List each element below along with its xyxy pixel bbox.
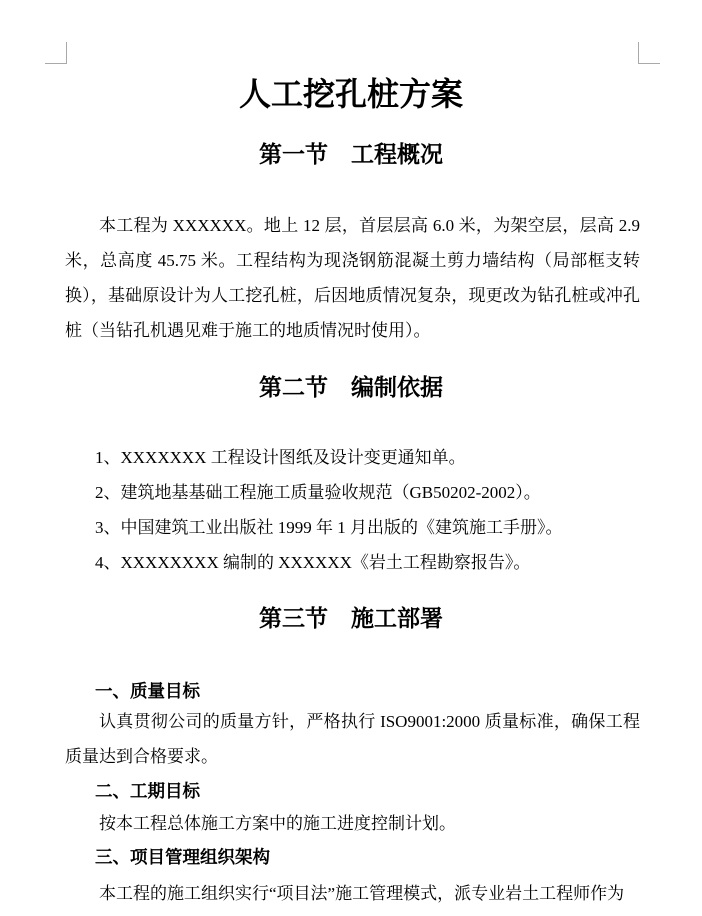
subsection-1-paragraph: 认真贯彻公司的质量方针，严格执行 ISO9001:2000 质量标准，确保工程质…	[65, 704, 640, 774]
margin-mark-top-right	[638, 42, 660, 64]
reference-item-2: 2、建筑地基基础工程施工质量验收规范（GB50202-2002）。	[65, 475, 640, 510]
subsection-2-paragraph: 按本工程总体施工方案中的施工进度控制计划。	[65, 806, 640, 841]
margin-mark-top-left	[45, 42, 67, 64]
document-title: 人工挖孔桩方案	[0, 74, 702, 114]
section-2-heading: 第二节 编制依据	[0, 373, 702, 403]
reference-item-4: 4、XXXXXXXX 编制的 XXXXXX《岩土工程勘察报告》。	[65, 545, 640, 580]
subsection-3-heading: 三、项目管理组织架构	[95, 847, 270, 869]
section-1-heading: 第一节 工程概况	[0, 140, 702, 170]
section-1-paragraph: 本工程为 XXXXXX。地上 12 层，首层层高 6.0 米，为架空层，层高 2…	[65, 208, 640, 348]
reference-list: 1、XXXXXXX 工程设计图纸及设计变更通知单。 2、建筑地基基础工程施工质量…	[65, 440, 640, 580]
subsection-2-heading: 二、工期目标	[95, 781, 200, 803]
subsection-1-heading: 一、质量目标	[95, 681, 200, 703]
reference-item-1: 1、XXXXXXX 工程设计图纸及设计变更通知单。	[65, 440, 640, 475]
subsection-3-paragraph: 本工程的施工组织实行“项目法”施工管理模式，派专业岩土工程师作为	[65, 876, 640, 911]
section-3-heading: 第三节 施工部署	[0, 604, 702, 634]
reference-item-3: 3、中国建筑工业出版社 1999 年 1 月出版的《建筑施工手册》。	[65, 510, 640, 545]
document-page: 人工挖孔桩方案 第一节 工程概况 本工程为 XXXXXX。地上 12 层，首层层…	[0, 0, 702, 916]
